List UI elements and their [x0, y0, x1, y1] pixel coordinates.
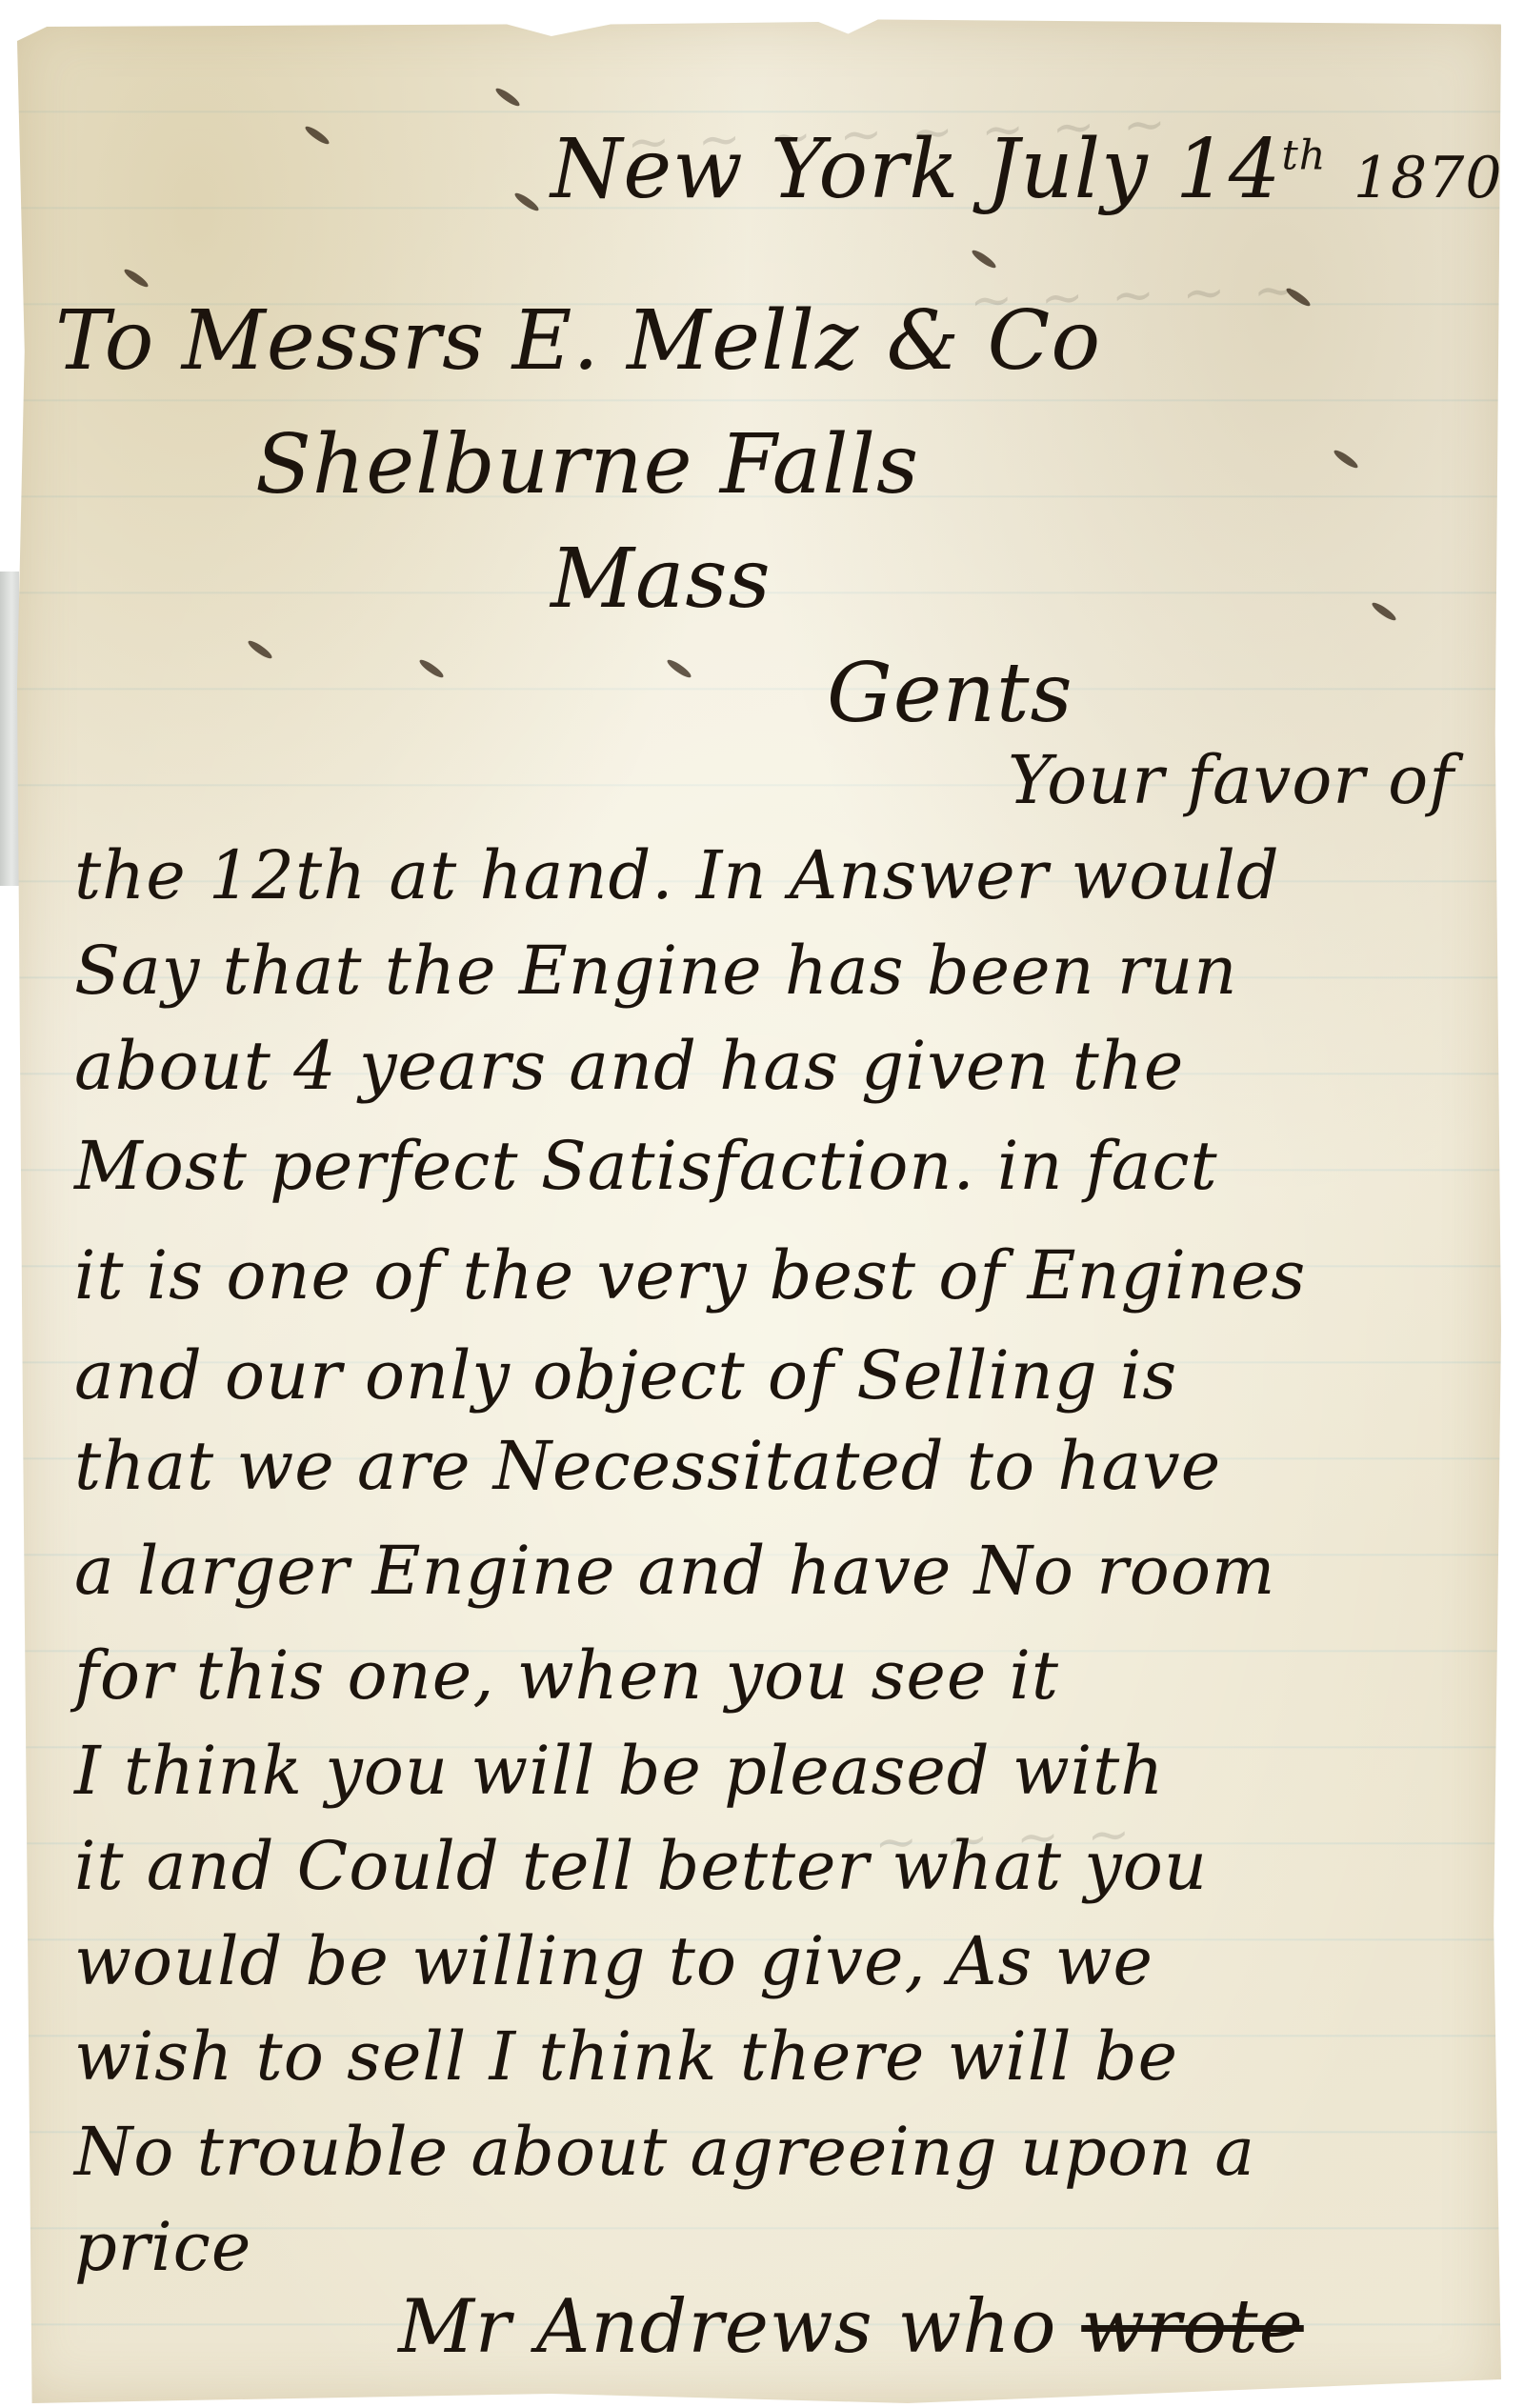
closing-line: Mr Andrews who wrote	[398, 2284, 1304, 2370]
ink-blot	[417, 657, 445, 680]
body-line: and our only object of Selling is	[74, 1336, 1177, 1415]
body-line: a larger Engine and have No room	[74, 1532, 1275, 1610]
ink-blot	[665, 657, 692, 680]
body-line: would be willing to give, As we	[74, 1922, 1153, 2000]
closing-text: Mr Andrews who	[398, 2284, 1056, 2370]
address-line-2: Shelburne Falls	[255, 417, 919, 512]
ink-blot	[1370, 600, 1397, 623]
dateline-day: 14	[1175, 122, 1281, 217]
body-line: Say that the Engine has been run	[74, 932, 1237, 1010]
body-line: No trouble about agreeing upon a	[74, 2113, 1255, 2191]
body-line: the 12th at hand. In Answer would	[74, 836, 1280, 914]
body-line: Your favor of	[1008, 741, 1454, 819]
ink-blot	[493, 86, 521, 109]
ink-blot	[512, 191, 540, 213]
ink-blot	[303, 124, 331, 147]
dateline-month: July	[987, 122, 1149, 217]
dateline-day-suffix: th	[1281, 131, 1326, 179]
body-line: about 4 years and has given the	[74, 1027, 1184, 1105]
body-line: for this one, when you see it	[74, 1636, 1059, 1715]
struck-word: wrote	[1081, 2284, 1304, 2370]
dateline-year: 1870	[1354, 145, 1503, 211]
salutation: Gents	[827, 646, 1073, 741]
ink-blot	[970, 248, 997, 271]
address-line-3: Mass	[551, 532, 772, 627]
ink-blot	[246, 638, 273, 661]
dateline-place: New York	[551, 122, 959, 217]
archival-tape	[0, 572, 19, 886]
address-line-1: To Messrs E. Mellz & Co	[55, 293, 1101, 389]
body-line: wish to sell I think there will be	[74, 2017, 1178, 2096]
body-line: I think you will be pleased with	[74, 1732, 1164, 1810]
body-line: price	[74, 2208, 251, 2286]
letter-page: ~ ~ ~ ~ ~ ~ ~ ~ ~ ~ ~ ~ ~ ~ ~ ~ ~ New Yo…	[17, 17, 1501, 2403]
body-line: Most perfect Satisfaction. in fact	[74, 1127, 1218, 1205]
body-line: it and Could tell better what you	[74, 1827, 1208, 1905]
body-line: that we are Necessitated to have	[74, 1427, 1221, 1505]
dateline: New York July 14th 1870	[551, 122, 1503, 217]
body-line: it is one of the very best of Engines	[74, 1236, 1306, 1314]
ink-blot	[1332, 448, 1359, 471]
ink-blot	[122, 267, 150, 290]
